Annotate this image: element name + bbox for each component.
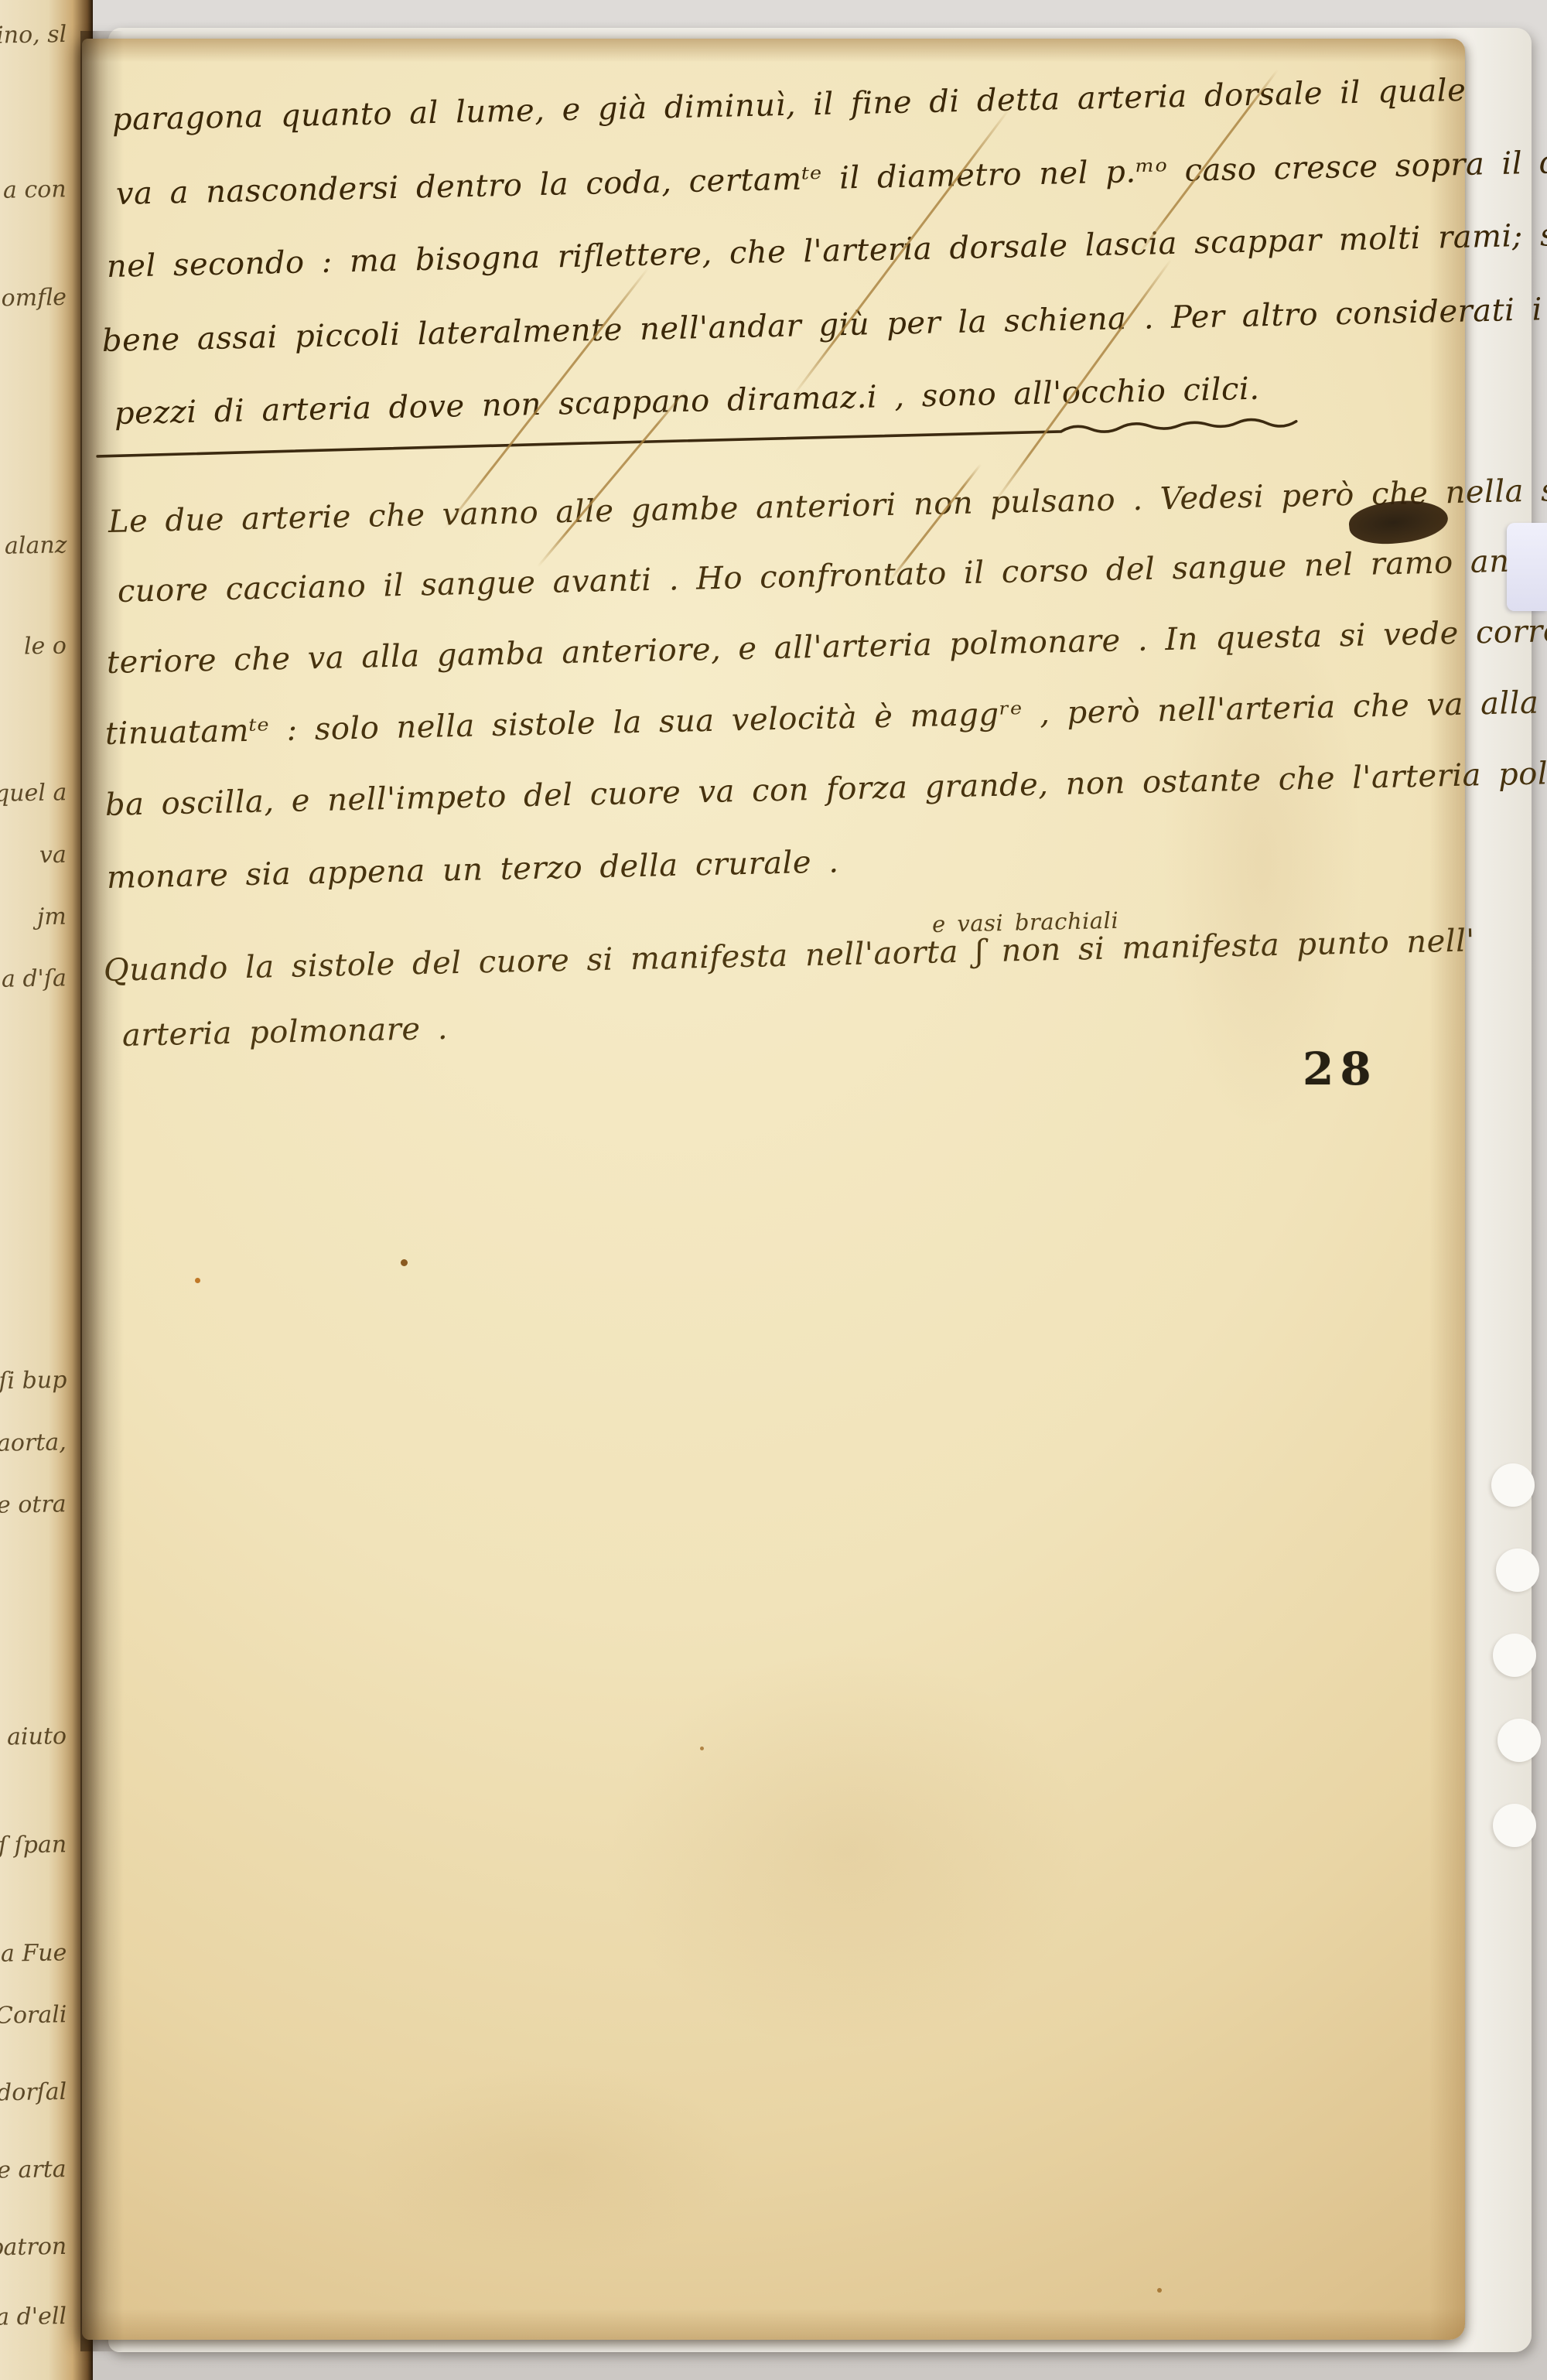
edge-text-fragment: ſ ſpan [0, 1831, 67, 1859]
edge-text-fragment: jm [37, 903, 67, 931]
edge-text-fragment: aorta, [0, 1429, 67, 1457]
page-edge-shading [82, 39, 1465, 2340]
edge-text-fragment: a Fue [0, 1939, 67, 1967]
edge-text-fragment: guaſi bup [0, 1367, 67, 1396]
edge-text-fragment: va [39, 842, 67, 869]
edge-text-fragment: le o [24, 633, 67, 661]
manuscript-page [82, 39, 1465, 2340]
backing-edge-scallop [1497, 1719, 1541, 1762]
edge-text-fragment: Corali [0, 2001, 67, 2030]
backing-edge-scallop [1496, 1549, 1539, 1592]
edge-text-fragment: ſtino, sl [0, 21, 67, 50]
edge-text-fragment: quel a [0, 779, 67, 808]
age-stain [359, 2064, 746, 2265]
edge-text-fragment: huomfle [0, 284, 67, 312]
backing-edge-scallop [1491, 1463, 1535, 1507]
backing-edge-scallop [1493, 1804, 1536, 1847]
bookmark-tab [1507, 523, 1547, 611]
previous-page-edge: ſtino, sla conhuomflealanzle oquel avajm… [0, 0, 93, 2380]
edge-text-fragment: ge arta [0, 2156, 67, 2184]
edge-text-fragment: la dorſal [0, 2078, 67, 2107]
edge-text-fragment: i aiuto [0, 1723, 67, 1751]
photograph-of-manuscript: ſtino, sla conhuomflealanzle oquel avajm… [0, 0, 1547, 2380]
edge-text-fragment: lla d'ell [0, 2303, 67, 2331]
edge-text-fragment: a con [3, 176, 67, 203]
backing-edge-scallop [1493, 1634, 1536, 1677]
edge-text-fragment: alanz [4, 531, 67, 559]
edge-text-fragment: e otra [0, 1490, 67, 1519]
edge-text-fragment: a d'ſa [2, 965, 67, 992]
age-stain [607, 1650, 1087, 2052]
page-number: 28 [1303, 1043, 1378, 1095]
edge-text-fragment: e patron [0, 2233, 67, 2262]
